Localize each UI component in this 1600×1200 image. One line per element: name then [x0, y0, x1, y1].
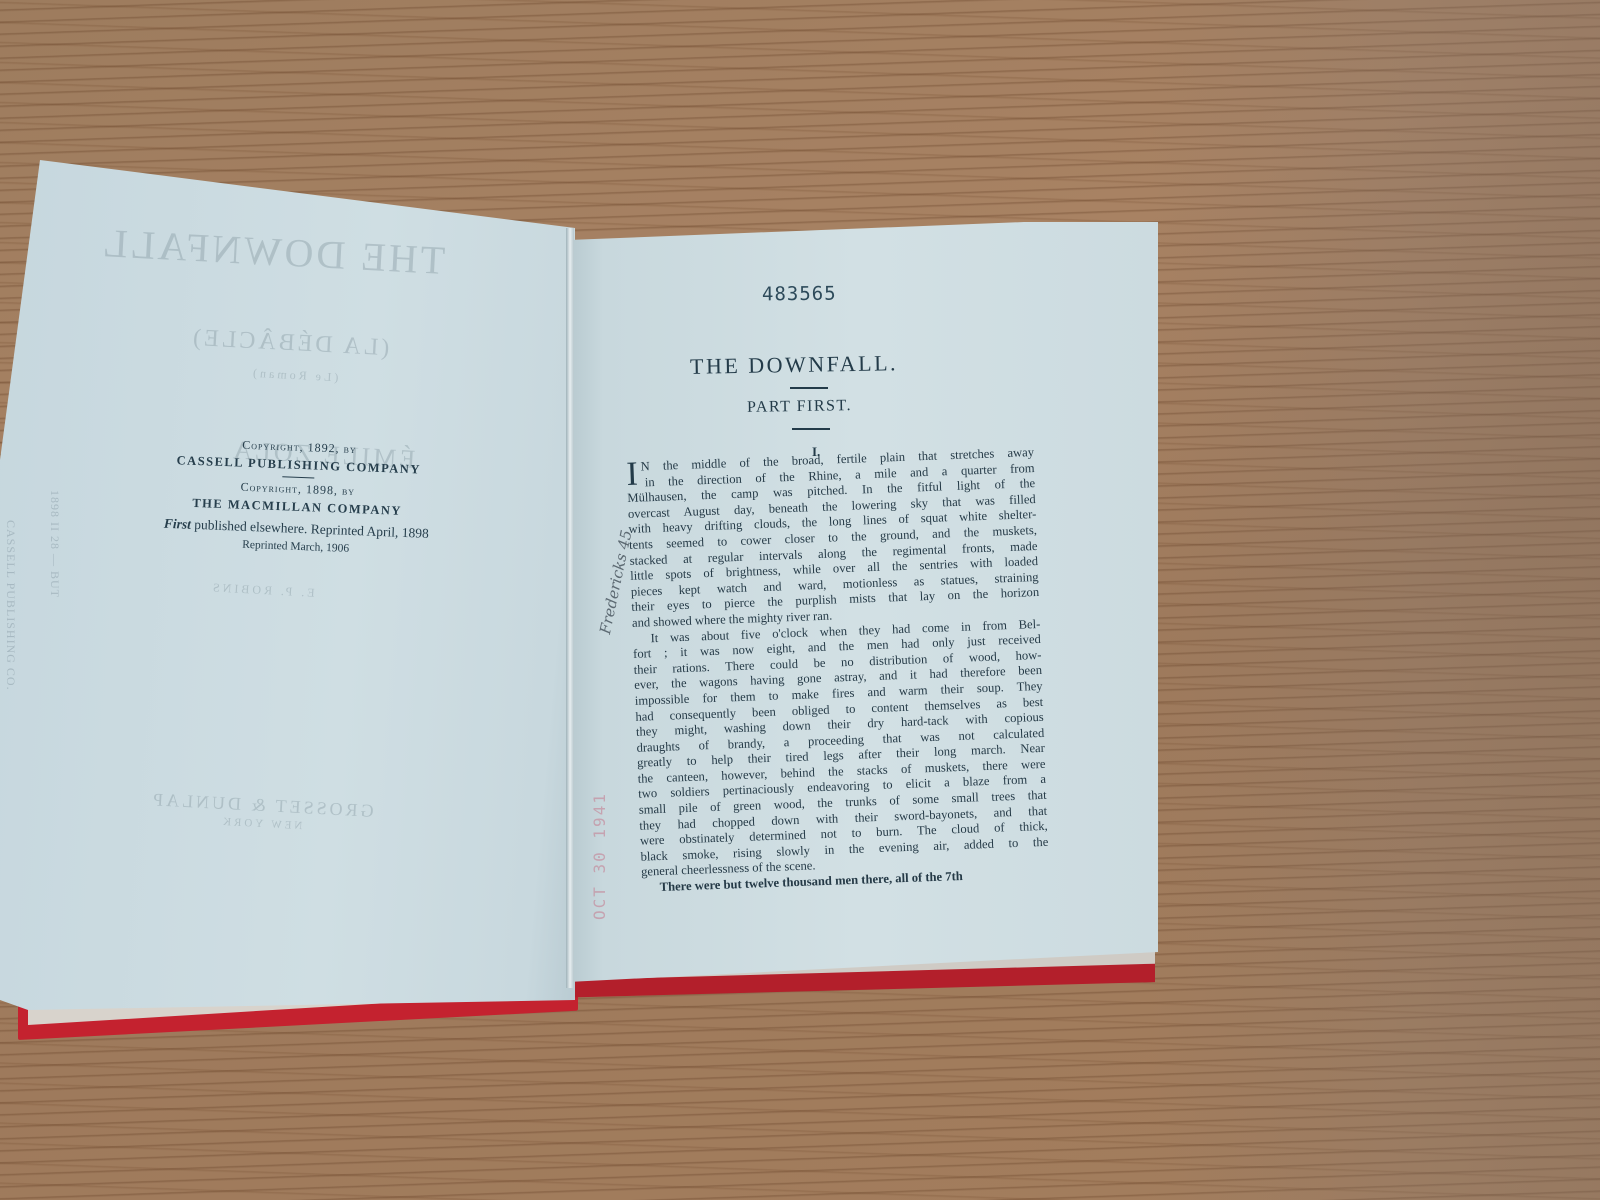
library-date-stamp: OCT 30 1941: [590, 792, 609, 920]
accession-number-stamp: 483565: [762, 283, 837, 306]
drop-cap: I: [626, 461, 638, 489]
first-published-bold: First: [164, 516, 192, 532]
book-title: THE DOWNFALL.: [690, 350, 898, 380]
copyright-block: Copyright, 1892, by CASSELL PUBLISHING C…: [115, 430, 479, 562]
book-gutter: [566, 228, 574, 988]
divider-rule: [282, 476, 314, 478]
part-heading: PART FIRST.: [747, 397, 852, 417]
part-rule: [792, 428, 830, 430]
show-through-spine-a: 1898 II 28 — BUT: [47, 490, 62, 598]
title-rule: [790, 387, 828, 389]
wood-table-shade: [1150, 0, 1600, 1200]
body-text: I N the middle of the broad, fertile pla…: [626, 445, 1050, 896]
show-through-spine-b: CASSELL PUBLISHING CO.: [3, 520, 18, 691]
